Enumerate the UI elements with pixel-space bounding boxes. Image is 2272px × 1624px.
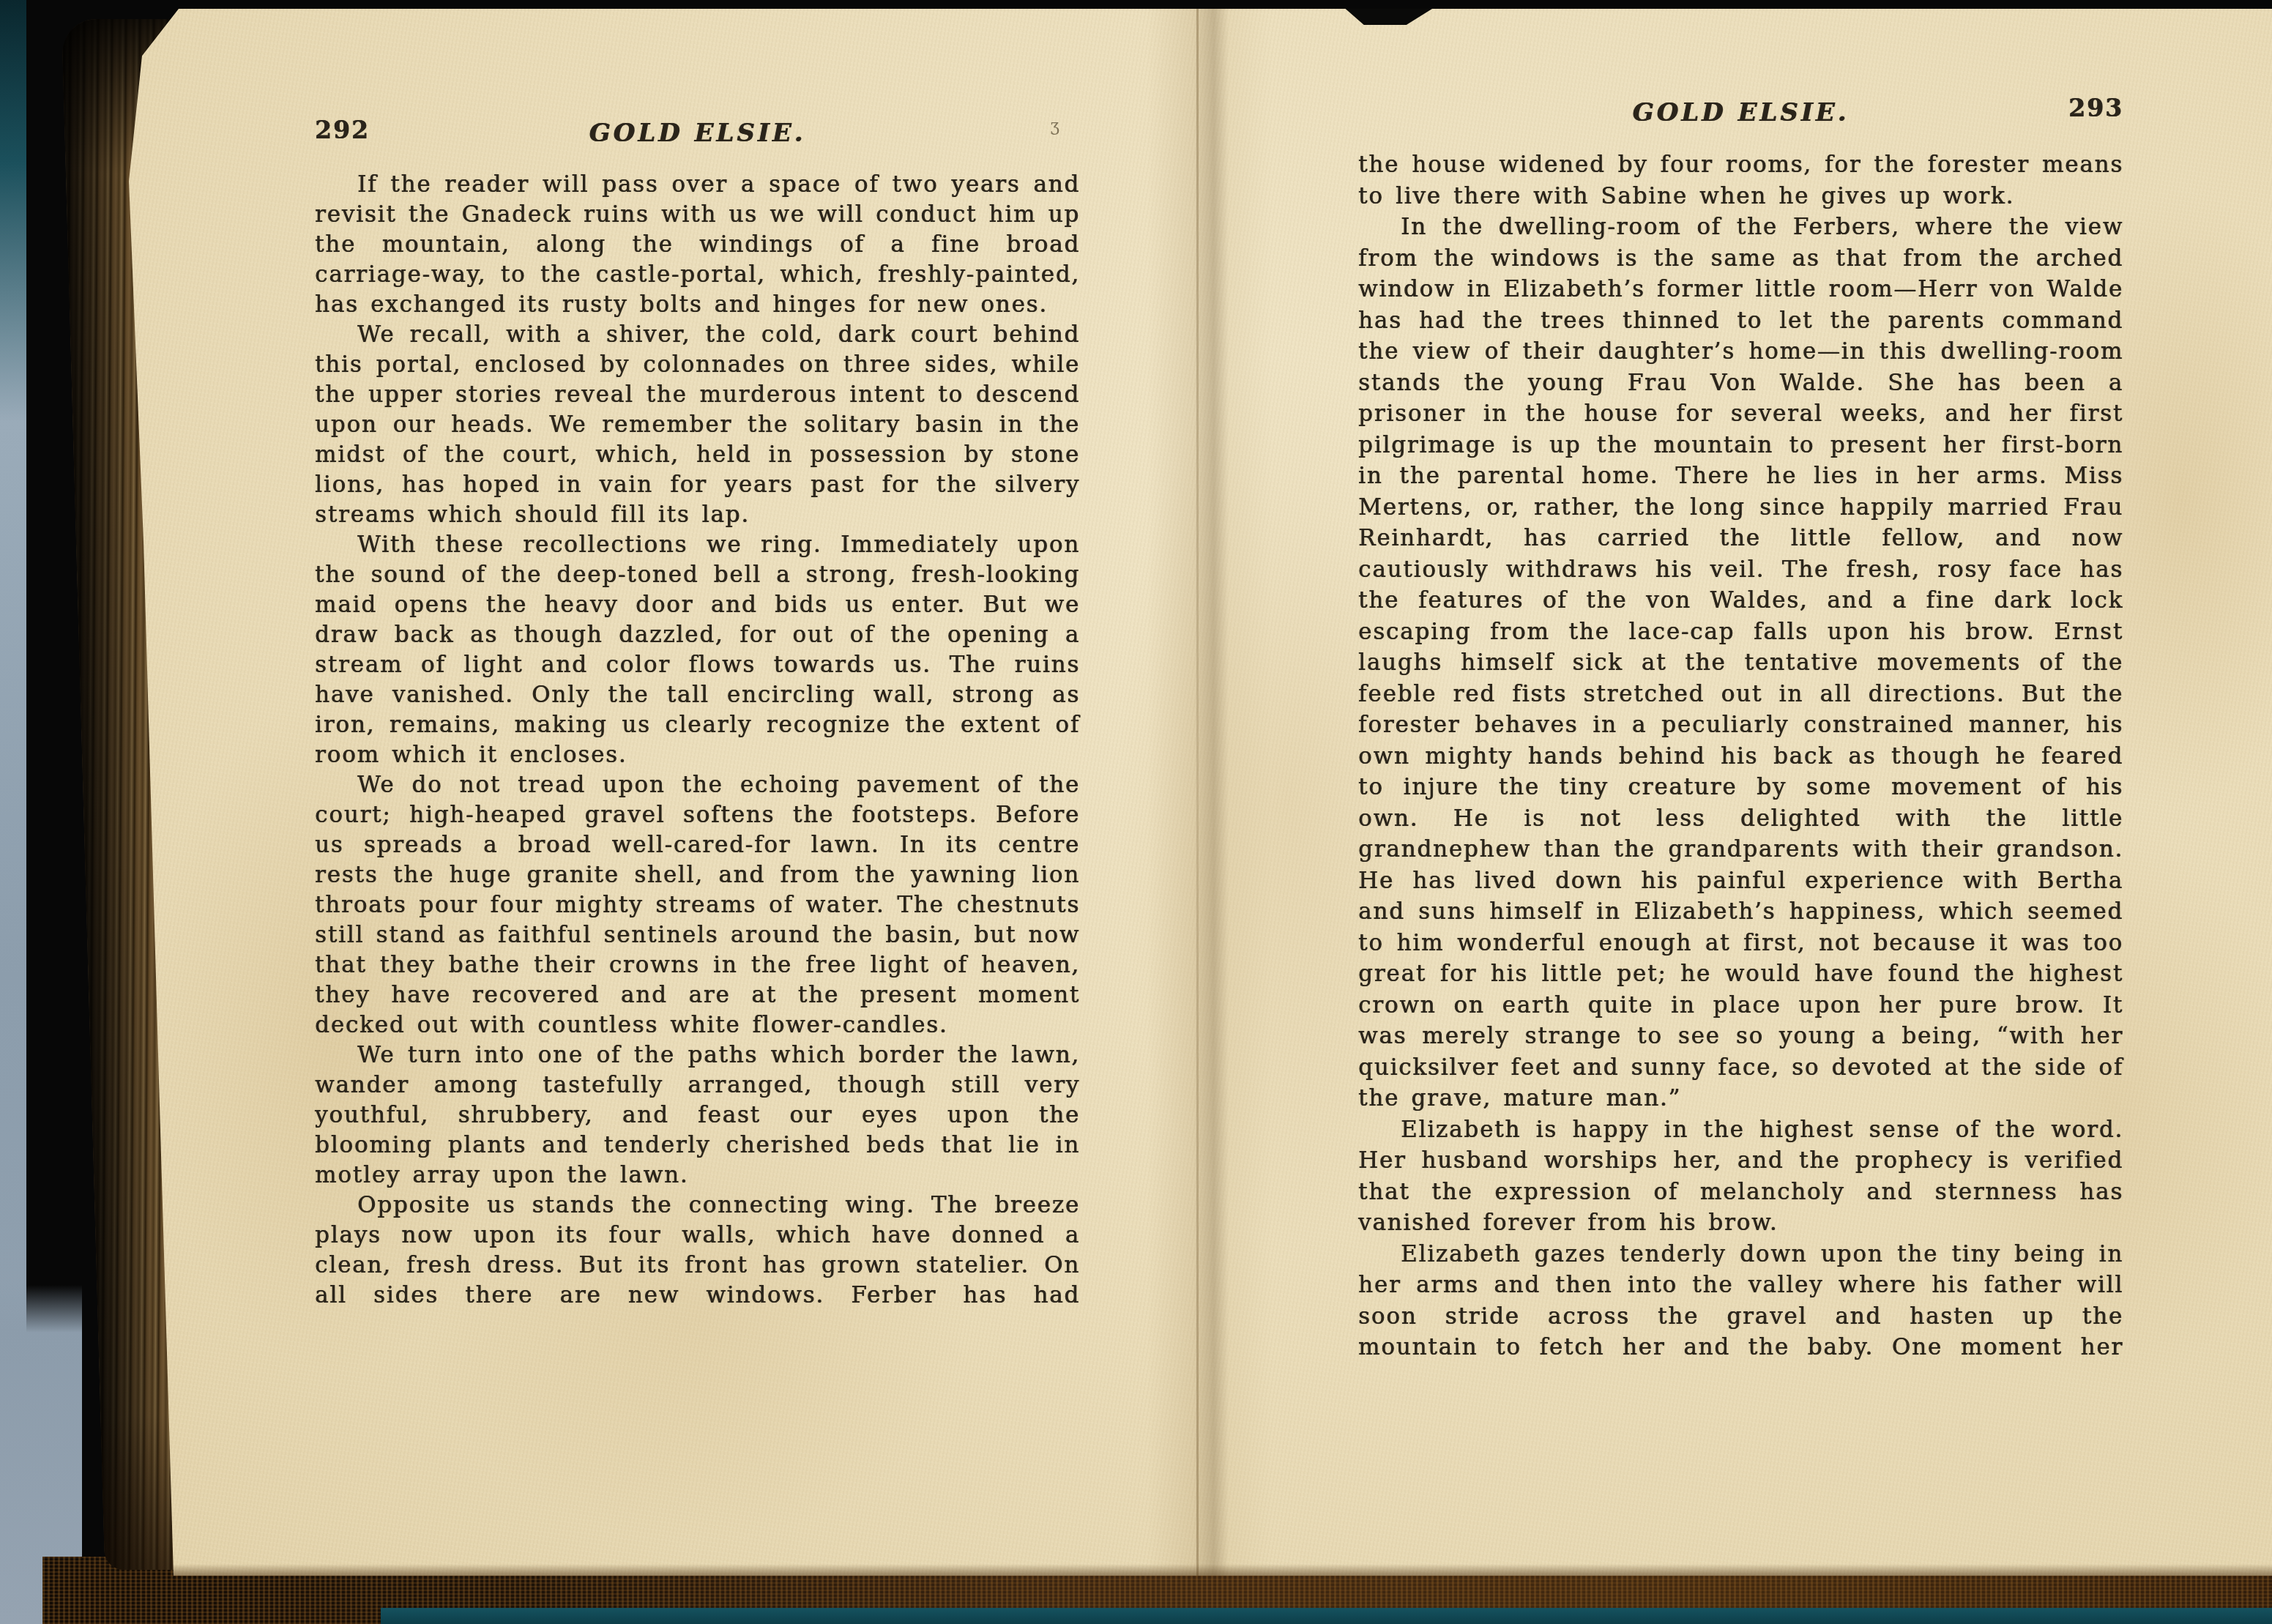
book-gutter-crease [1196,9,1199,1576]
right-page: GOLD ELSIE. 293 the house widened by fou… [1358,98,2123,1363]
running-title-right: GOLD ELSIE. [1633,98,1850,127]
stray-ink-mark: ʒ [1051,117,1059,135]
page-number-left: 292 [315,116,370,144]
paragraph: Elizabeth gazes tenderly down upon the t… [1358,1239,2123,1363]
scanner-bed-strip [381,1608,2272,1624]
paragraph: Elizabeth is happy in the highest sense … [1358,1114,2123,1239]
open-book-pages: 292 GOLD ELSIE. ʒ If the reader will pas… [123,9,2272,1576]
running-title-left: GOLD ELSIE. [589,119,806,148]
paragraph: Opposite us stands the connecting wing. … [315,1191,1080,1311]
left-page: 292 GOLD ELSIE. ʒ If the reader will pas… [315,119,1080,1311]
paragraph: We do not tread upon the echoing pavemen… [315,770,1080,1040]
left-page-text: If the reader will pass over a space of … [315,161,1080,1311]
paragraph: In the dwelling-room of the Ferbers, whe… [1358,212,2123,1114]
paragraph: We turn into one of the paths which bord… [315,1040,1080,1191]
book-scan-photo: 292 GOLD ELSIE. ʒ If the reader will pas… [0,0,2272,1624]
paragraph: We recall, with a shiver, the cold, dark… [315,320,1080,530]
book-gutter-top-notch [1340,9,1432,25]
left-page-header: 292 GOLD ELSIE. ʒ [315,119,1080,161]
right-page-text: the house widened by four rooms, for the… [1358,141,2123,1363]
paragraph: If the reader will pass over a space of … [315,170,1080,320]
right-page-header: GOLD ELSIE. 293 [1358,98,2123,141]
page-number-right: 293 [2068,94,2123,122]
paragraph: With these recollections we ring. Immedi… [315,530,1080,770]
book-gutter-shadow [1147,9,1271,1576]
paragraph: the house widened by four rooms, for the… [1358,149,2123,212]
